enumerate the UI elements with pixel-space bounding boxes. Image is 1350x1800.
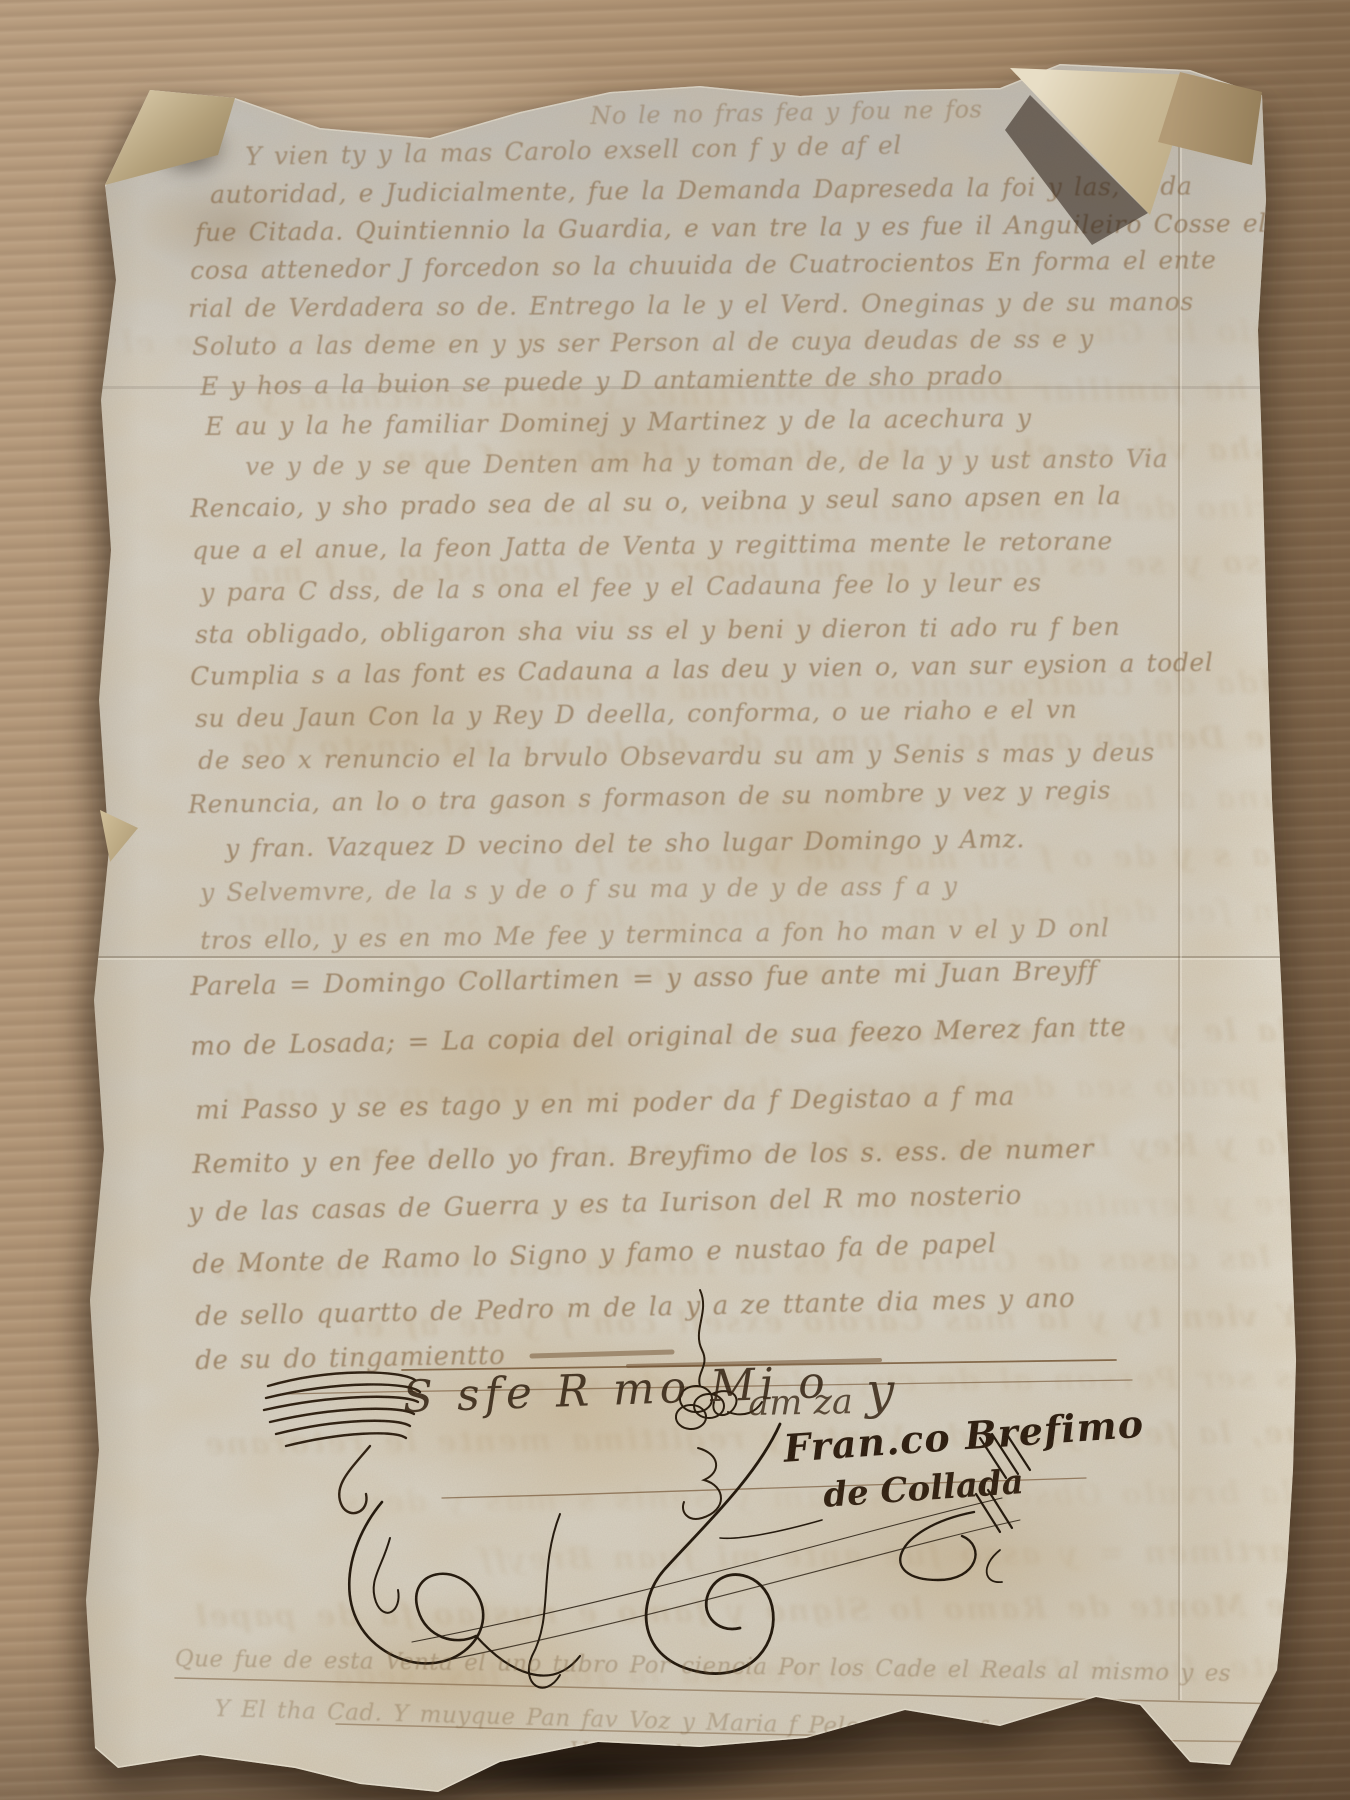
manuscript-sheet-wrap: fue Citada. Quintiennio la Guardia, e va… (80, 50, 1300, 1800)
manuscript-page: fue Citada. Quintiennio la Guardia, e va… (80, 50, 1300, 1800)
paper-grain (80, 50, 1300, 1800)
photo-scene: fue Citada. Quintiennio la Guardia, e va… (0, 0, 1350, 1800)
footer-line: Vu que de Fra Dnano 198 s (569, 1738, 918, 1777)
